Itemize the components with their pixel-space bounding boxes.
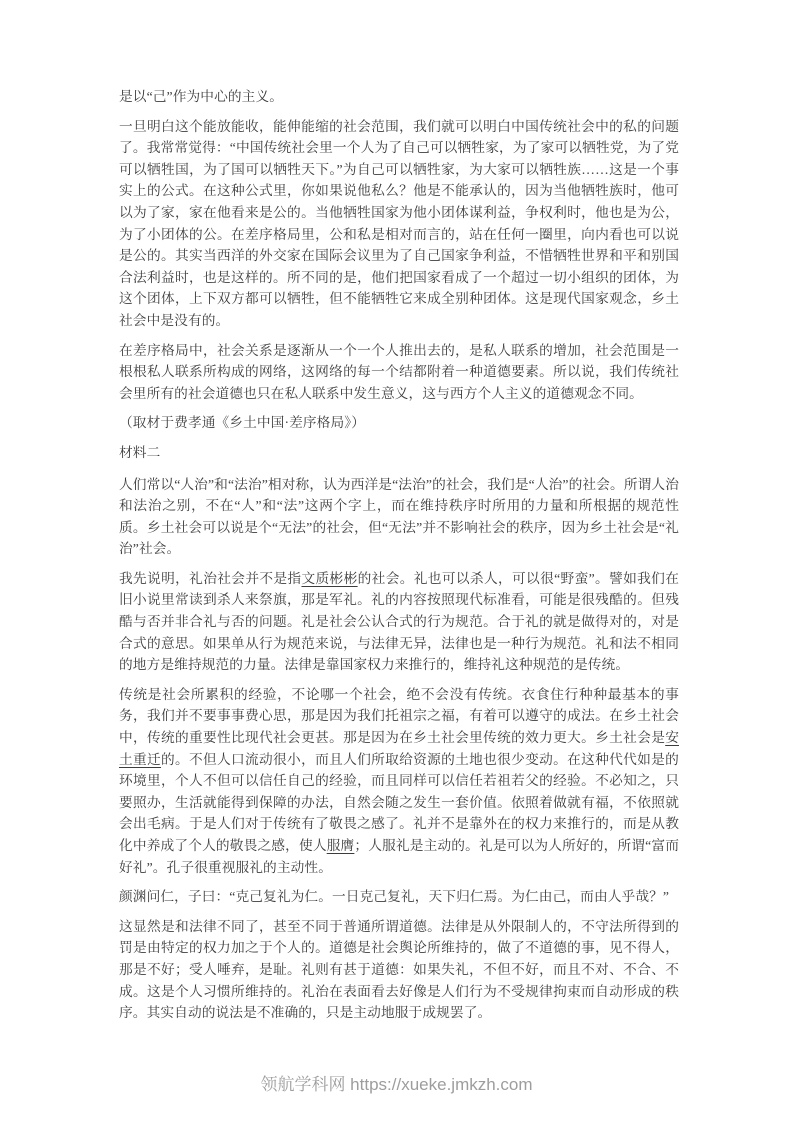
text-run: 这显然是和法律不同了，甚至不同于普通所谓道德。法律是从外限制人的，不守法所得到的… <box>119 919 679 1020</box>
paragraph: 一旦明白这个能放能收，能伸能缩的社会范围，我们就可以明白中国传统社会中的私的问题… <box>119 116 679 332</box>
material-label: 材料二 <box>119 442 679 464</box>
quote-paragraph: 颜渊问仁，子曰：“克己复礼为仁。一日克己复礼，天下归仁焉。为仁由己，而由人乎哉？… <box>119 886 679 908</box>
text-run: 传统是社会所累积的经验，不论哪一个社会，绝不会没有传统。衣食住行种种最基本的事务… <box>119 687 679 745</box>
text-run: 颜渊问仁，子曰：“克己复礼为仁。一日克己复礼，天下归仁焉。为仁由己，而由人乎哉？… <box>119 889 669 904</box>
text-run: 人们常以“人治”和“法治”相对称，认为西洋是“法治”的社会，我们是“人治”的社会… <box>119 477 679 557</box>
paragraph: 我先说明，礼治社会并不是指文质彬彬的社会。礼也可以杀人，可以很“野蛮”。譬如我们… <box>119 568 679 676</box>
paragraph: 这显然是和法律不同了，甚至不同于普通所谓道德。法律是从外限制人的，不守法所得到的… <box>119 916 679 1024</box>
paragraph: 传统是社会所累积的经验，不论哪一个社会，绝不会没有传统。衣食住行种种最基本的事务… <box>119 684 679 878</box>
paragraph: 在差序格局中，社会关系是逐渐从一个一个人推出去的，是私人联系的增加，社会范围是一… <box>119 340 679 405</box>
paragraph: 是以“己”作为中心的主义。 <box>119 86 679 108</box>
source-attribution: （取材于费孝通《乡土中国·差序格局》） <box>119 412 679 434</box>
underlined-term: 文质彬彬 <box>301 571 357 586</box>
text-run: 的社会。礼也可以杀人，可以很“野蛮”。譬如我们在旧小说里常读到杀人来祭旗，那是军… <box>119 571 679 672</box>
underlined-term: 服膺 <box>327 838 355 853</box>
watermark: 领航学科网 https://xueke.jmkzh.com <box>0 1070 793 1095</box>
text-run: 我先说明，礼治社会并不是指 <box>119 571 301 586</box>
text-run: 在差序格局中，社会关系是逐渐从一个一个人推出去的，是私人联系的增加，社会范围是一… <box>119 343 679 401</box>
paragraph: 人们常以“人治”和“法治”相对称，认为西洋是“法治”的社会，我们是“人治”的社会… <box>119 474 679 560</box>
text-run: 一旦明白这个能放能收，能伸能缩的社会范围，我们就可以明白中国传统社会中的私的问题… <box>119 119 679 328</box>
document-body: 是以“己”作为中心的主义。一旦明白这个能放能收，能伸能缩的社会范围，我们就可以明… <box>119 86 679 1032</box>
watermark-text: 领航学科网 https://xueke.jmkzh.com <box>260 1075 532 1094</box>
text-run: 是以“己”作为中心的主义。 <box>119 89 283 104</box>
text-run: （取材于费孝通《乡土中国·差序格局》） <box>119 415 365 430</box>
text-run: 材料二 <box>119 445 160 460</box>
